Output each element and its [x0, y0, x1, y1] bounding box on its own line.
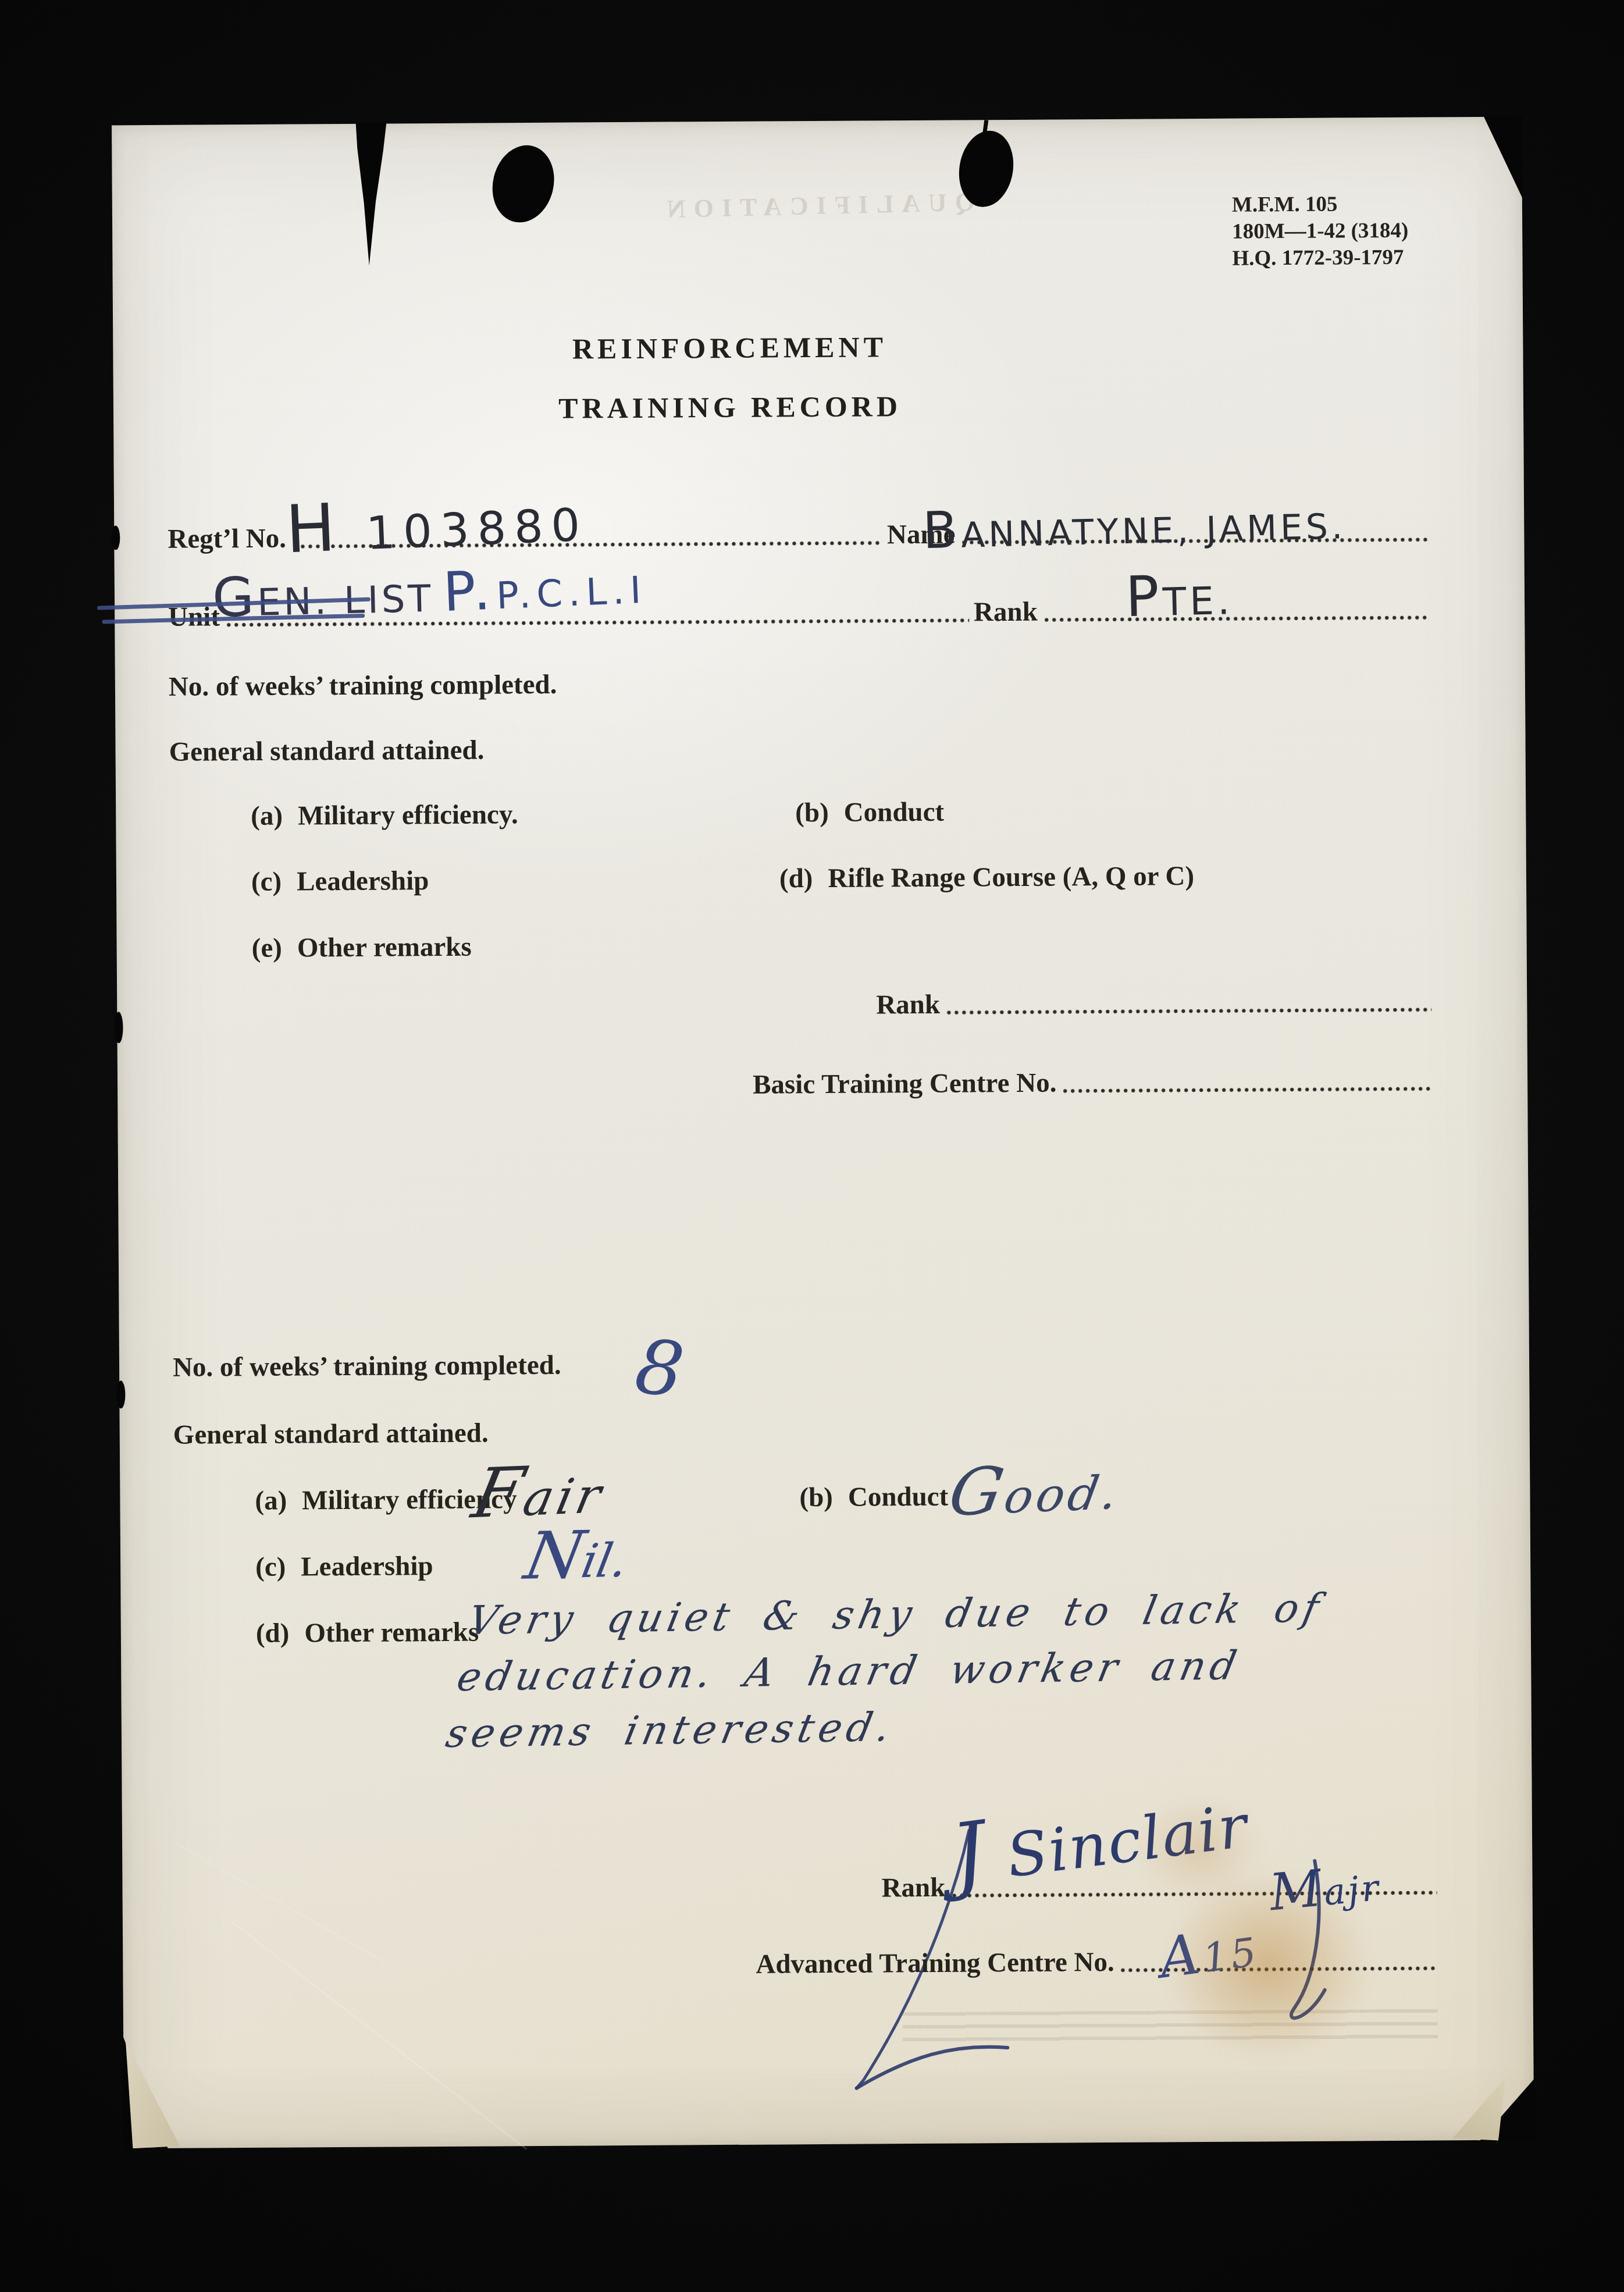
torn-edge-streak — [343, 122, 414, 266]
handwritten-leadership: Nil. — [519, 1516, 635, 1594]
form-ref-line: M.F.M. 105 — [1232, 191, 1408, 219]
form-reference-block: M.F.M. 105 180M—1-42 (3184) H.Q. 1772-39… — [1232, 191, 1409, 272]
item-label: Military efficiency. — [298, 800, 518, 831]
remarks-line: seems interested. — [441, 1693, 1306, 1763]
form-title-line2: TRAINING RECORD — [558, 389, 902, 425]
basic-item-e: (e) Other remarks — [252, 933, 472, 963]
item-key: (e) — [252, 934, 282, 963]
basic-centre-label: Basic Training Centre No. — [753, 1069, 1057, 1100]
handwritten-weeks-value: 8 — [631, 1322, 689, 1414]
item-label: Other remarks — [297, 933, 472, 963]
basic-rank-label: Rank — [876, 991, 940, 1020]
form-ref-line: H.Q. 1772-39-1797 — [1232, 244, 1408, 272]
item-key: (d) — [256, 1620, 290, 1649]
basic-centre-row: Basic Training Centre No. — [753, 1067, 1437, 1100]
crease-line — [232, 1921, 528, 2149]
handwritten-name: BANNATYNE, JAMES. — [922, 491, 1347, 560]
handwritten-regtl-no: H 103880 — [284, 479, 590, 568]
bleed-through-text: QUALIFICATION — [658, 187, 975, 225]
dotted-line — [1044, 615, 1430, 623]
handwritten-remarks: Very quiet & shy due to lack of educatio… — [441, 1580, 1328, 1762]
edge-nick — [111, 525, 120, 550]
basic-standard-label: General standard attained. — [169, 736, 484, 767]
item-key: (c) — [255, 1553, 286, 1582]
handwritten-rank: PTE. — [1125, 562, 1234, 629]
advanced-standard-label: General standard attained. — [173, 1419, 489, 1450]
advanced-item-d: (d) Other remarks — [256, 1618, 479, 1649]
advanced-centre-label: Advanced Training Centre No. — [756, 1948, 1114, 1979]
handwritten-unit: P.P.C.L.I — [442, 553, 648, 624]
form-ref-line: 180M—1-42 (3184) — [1232, 218, 1408, 245]
item-label: Leadership — [297, 867, 429, 896]
item-key: (a) — [251, 802, 283, 831]
crease-line — [173, 1841, 386, 1963]
item-label: Other remarks — [304, 1618, 479, 1648]
item-key: (c) — [251, 868, 282, 897]
folded-corner-flap — [124, 2041, 180, 2149]
form-title-line1: REINFORCEMENT — [572, 330, 887, 365]
basic-rank-row: Rank — [876, 988, 1436, 1020]
handwritten-conduct: Good. — [943, 1448, 1128, 1531]
edge-nick — [114, 1012, 123, 1043]
edge-nick — [116, 1380, 125, 1408]
stain — [1135, 1793, 1264, 1905]
regtl-no-label: Regt’l No. — [168, 525, 286, 554]
item-key: (d) — [779, 864, 813, 894]
torn-corner-top-right — [1480, 116, 1523, 199]
item-key: (a) — [255, 1487, 287, 1516]
item-label: Conduct — [848, 1483, 949, 1512]
photo-background: QUALIFICATION M.F.M. 105 180M—1-42 (3184… — [0, 0, 1624, 2292]
basic-weeks-label: No. of weeks’ training completed. — [169, 671, 557, 702]
item-key: (b) — [799, 1483, 833, 1512]
item-label: Rifle Range Course (A, Q or C) — [828, 862, 1194, 893]
basic-item-b: (b) Conduct — [795, 798, 944, 828]
item-label: Conduct — [844, 798, 945, 827]
dotted-line — [946, 1007, 1431, 1016]
basic-item-d: (d) Rifle Range Course (A, Q or C) — [779, 862, 1194, 894]
item-label: Leadership — [301, 1552, 433, 1582]
item-key: (b) — [795, 799, 829, 828]
document-paper: QUALIFICATION M.F.M. 105 180M—1-42 (3184… — [112, 117, 1534, 2149]
punch-hole — [485, 139, 562, 229]
rank-label: Rank — [974, 598, 1038, 627]
advanced-item-b: (b) Conduct — [799, 1483, 948, 1512]
basic-item-a: (a) Military efficiency. — [251, 800, 518, 831]
advanced-item-c: (c) Leadership — [255, 1552, 433, 1582]
dotted-line — [1062, 1086, 1432, 1094]
basic-item-c: (c) Leadership — [251, 867, 429, 896]
advanced-weeks-label: No. of weeks’ training completed. — [173, 1351, 561, 1382]
